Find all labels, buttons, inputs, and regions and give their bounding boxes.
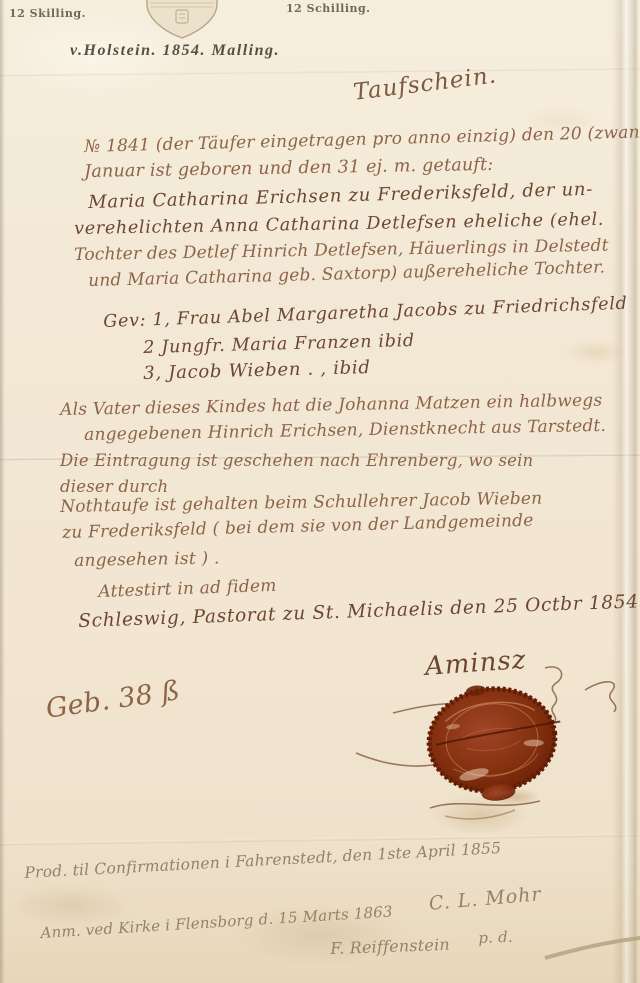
handwritten-line: № 1841 (der Täufer eingetragen pro anno … — [84, 122, 640, 157]
confirmation-annotation: Prod. til Confirmationen i Fahrenstedt, … — [24, 839, 502, 882]
fold-crease-lower — [0, 834, 640, 846]
handwritten-line-attestation: Attestirt in ad fidem — [98, 576, 277, 602]
handwritten-line: Als Vater dieses Kindes hat die Johanna … — [60, 391, 603, 420]
handwritten-line: Die Eintragung ist geschehen nach Ehrenb… — [60, 451, 533, 470]
fee-note: Geb. 38 ß — [44, 675, 182, 724]
paper-sheet: 12 Skilling. 12 Schilling. v.Holstein. 1… — [0, 0, 640, 983]
revenue-stamp-left: 12 Skilling. — [9, 7, 86, 20]
handwritten-line-godparent-3: 3, Jacob Wieben . , ibid — [143, 357, 371, 384]
fold-crease-right-edge — [612, 0, 638, 983]
marriage-annotation: Anm. ved Kirke i Flensborg d. 15 Marts 1… — [40, 902, 393, 942]
handwritten-line: verehelichten Anna Catharina Detlefsen e… — [74, 210, 604, 239]
handwritten-line-child-name: Maria Catharina Erichsen zu Frederiksfel… — [88, 179, 593, 213]
annotation-pd: p. d. — [478, 928, 513, 947]
handwritten-line: Januar ist geboren und den 31 ej. m. get… — [84, 155, 494, 182]
signature-reiffenstein: F. Reiffenstein — [330, 935, 450, 958]
signature-mohr: C. L. Mohr — [428, 883, 542, 915]
paper-left-edge-shadow — [0, 0, 5, 983]
revenue-stamp-right: 12 Schilling. — [286, 2, 371, 15]
coat-of-arms-shield-icon — [142, 0, 222, 42]
handwritten-line-godparent-1: Gev: 1, Frau Abel Margaretha Jacobs zu F… — [103, 294, 628, 332]
printed-registry-line: v.Holstein. 1854. Malling. — [70, 42, 280, 60]
handwritten-line: angegebenen Hinrich Erichsen, Dienstknec… — [84, 416, 606, 445]
scanned-document-page: 12 Skilling. 12 Schilling. v.Holstein. 1… — [0, 0, 640, 983]
handwritten-line: angesehen ist ) . — [74, 548, 220, 571]
handwritten-line-godparent-2: 2 Jungfr. Maria Franzen ibid — [143, 331, 415, 358]
fold-crease-top — [0, 67, 640, 77]
pastor-signature: Aminsz — [424, 645, 527, 682]
handwritten-line: dieser durch — [60, 477, 168, 496]
